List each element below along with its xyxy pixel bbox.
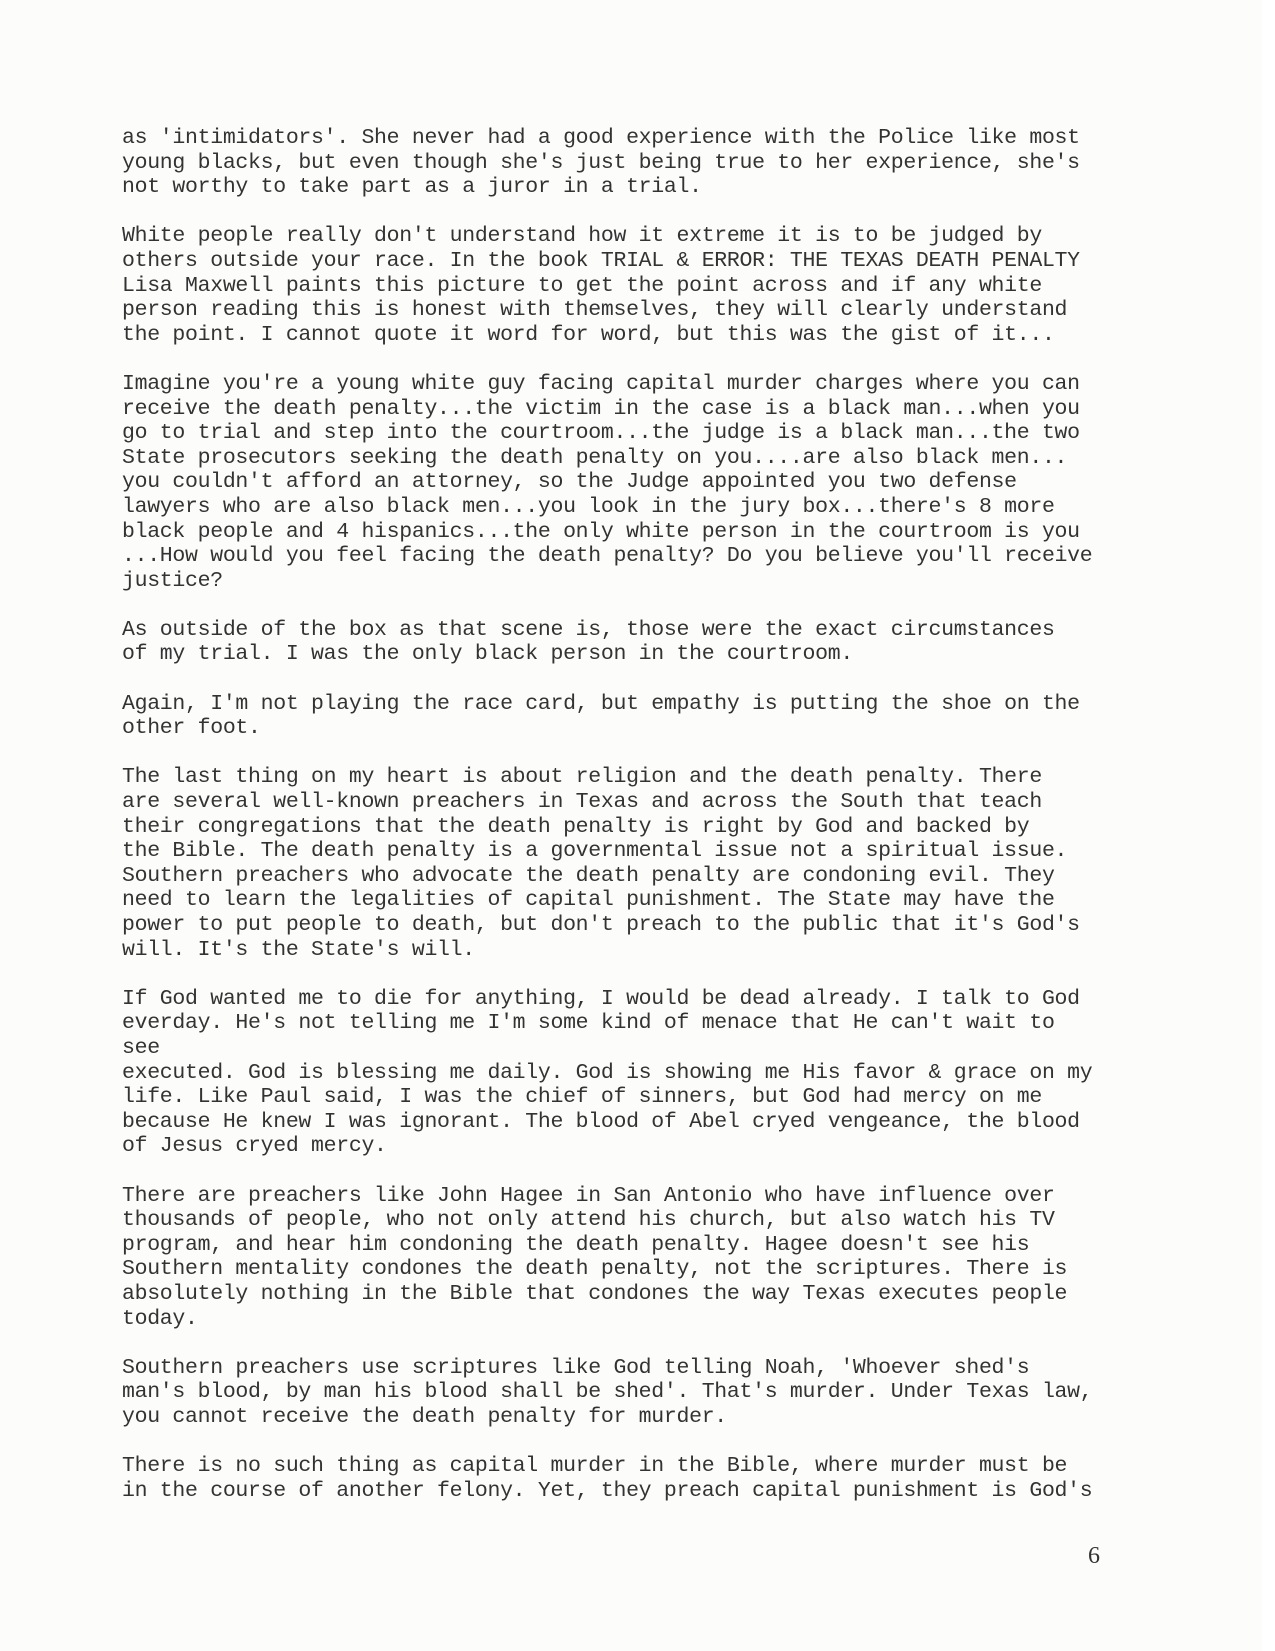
paragraph-capital-murder: There is no such thing as capital murder… [122, 1454, 1102, 1503]
paragraph-circumstances: As outside of the box as that scene is, … [122, 618, 1102, 667]
document-page: as 'intimidators'. She never had a good … [0, 0, 1262, 1651]
paragraph-white-people: White people really don't understand how… [122, 224, 1102, 347]
paragraph-noah-scripture: Southern preachers use scriptures like G… [122, 1356, 1102, 1430]
paragraph-race-card: Again, I'm not playing the race card, bu… [122, 692, 1102, 741]
paragraph-intimidators: as 'intimidators'. She never had a good … [122, 126, 1102, 200]
paragraph-religion: The last thing on my heart is about reli… [122, 765, 1102, 962]
paragraph-imagine-scenario: Imagine you're a young white guy facing … [122, 372, 1102, 593]
page-edge [1262, 0, 1275, 1651]
page-number: 6 [1088, 1543, 1100, 1570]
document-body: as 'intimidators'. She never had a good … [122, 126, 1102, 1528]
paragraph-god-wanted: If God wanted me to die for anything, I … [122, 987, 1102, 1159]
paragraph-john-hagee: There are preachers like John Hagee in S… [122, 1184, 1102, 1332]
